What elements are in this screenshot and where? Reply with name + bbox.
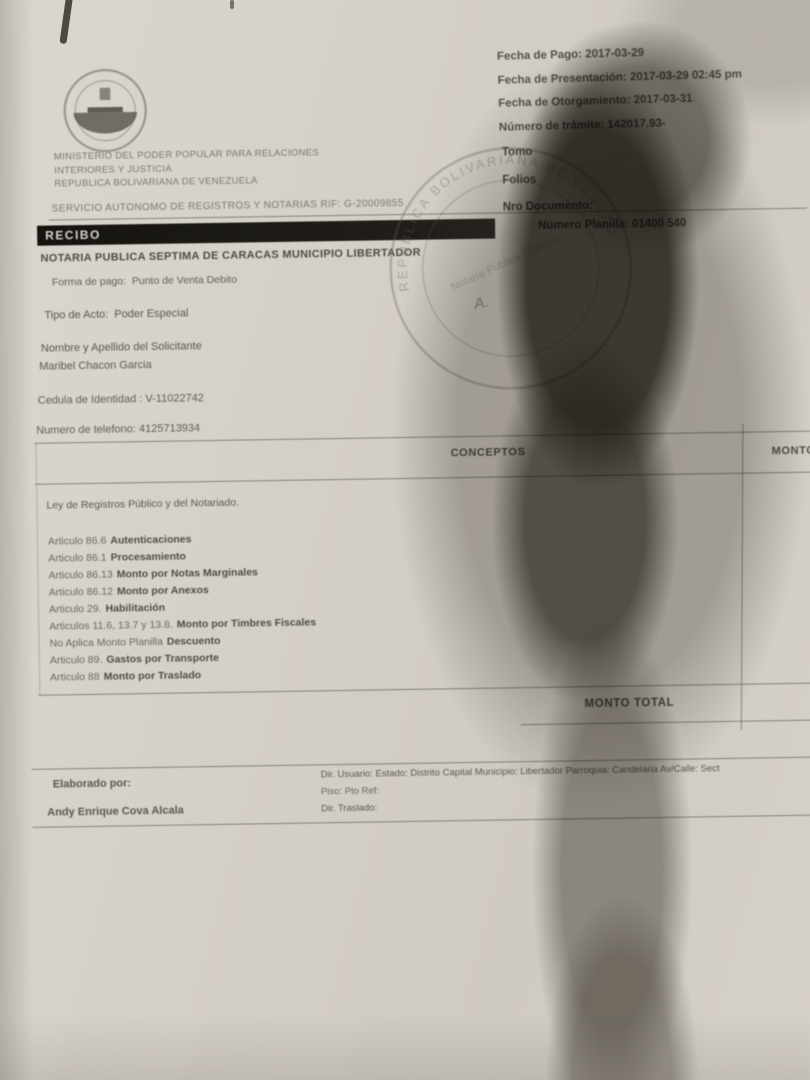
notary-office-name: NOTARIA PUBLICA SEPTIMA DE CARACAS MUNIC… [40, 247, 420, 265]
elaborado-por-name: Andy Enrique Cova Alcala [47, 805, 184, 819]
dir-usuario-line: Dir. Usuario: Estado: Distrito Capital M… [321, 762, 810, 781]
ministry-name: MINISTERIO DEL PODER POPULAR PARA RELACI… [54, 146, 320, 191]
monto-total-underline [521, 720, 810, 726]
forma-de-pago: Forma de pago: Punto de Venta Debito [52, 274, 237, 289]
ministry-seal-logo [61, 66, 150, 155]
stamp-inner-text: Notaría Pública Séptima [449, 232, 562, 293]
notary-round-stamp: REPUBLICA BOLIVARIANA DE VENEZUELA Notar… [346, 104, 675, 433]
column-header-conceptos: CONCEPTOS [451, 446, 526, 459]
concept-row: Articulo 88Monto por Traslado [50, 665, 317, 686]
numero-telefono: Numero de telefono: 4125713934 [36, 422, 200, 437]
service-agency-line: SERVICIO AUTONOMO DE REGISTROS Y NOTARIA… [52, 198, 404, 215]
cedula-identidad: Cedula de Identidad : V-11022742 [38, 392, 204, 407]
handwritten-mark: A. [473, 294, 490, 313]
concept-rows: Articulo 86.6Autenticaciones Articulo 86… [48, 529, 317, 686]
dir-traslado-line: Dir. Traslado: [321, 802, 377, 814]
ink-speck-artifact [230, 0, 234, 9]
receipt-title: RECIBO [45, 228, 101, 243]
elaborado-por-label: Elaborado por: [53, 777, 131, 790]
solicitante-label: Nombre y Apellido del Solicitante [41, 340, 202, 355]
column-header-monto: MONTO [772, 445, 810, 458]
tipo-de-acto: Tipo de Acto: Poder Especial [44, 307, 188, 321]
law-reference-line: Ley de Registros Público y del Notariado… [46, 497, 239, 512]
receipt-document: MINISTERIO DEL PODER POPULAR PARA RELACI… [0, 0, 810, 1080]
solicitante-name: Maribel Chacon Garcia [39, 359, 152, 373]
table-left-border [35, 444, 40, 695]
table-header-line [35, 472, 810, 485]
monto-total-label: MONTO TOTAL [585, 697, 675, 710]
piso-pto-ref-line: Piso: Pto Ref: [321, 785, 379, 797]
document-photo: MINISTERIO DEL PODER POPULAR PARA RELACI… [0, 0, 810, 1080]
